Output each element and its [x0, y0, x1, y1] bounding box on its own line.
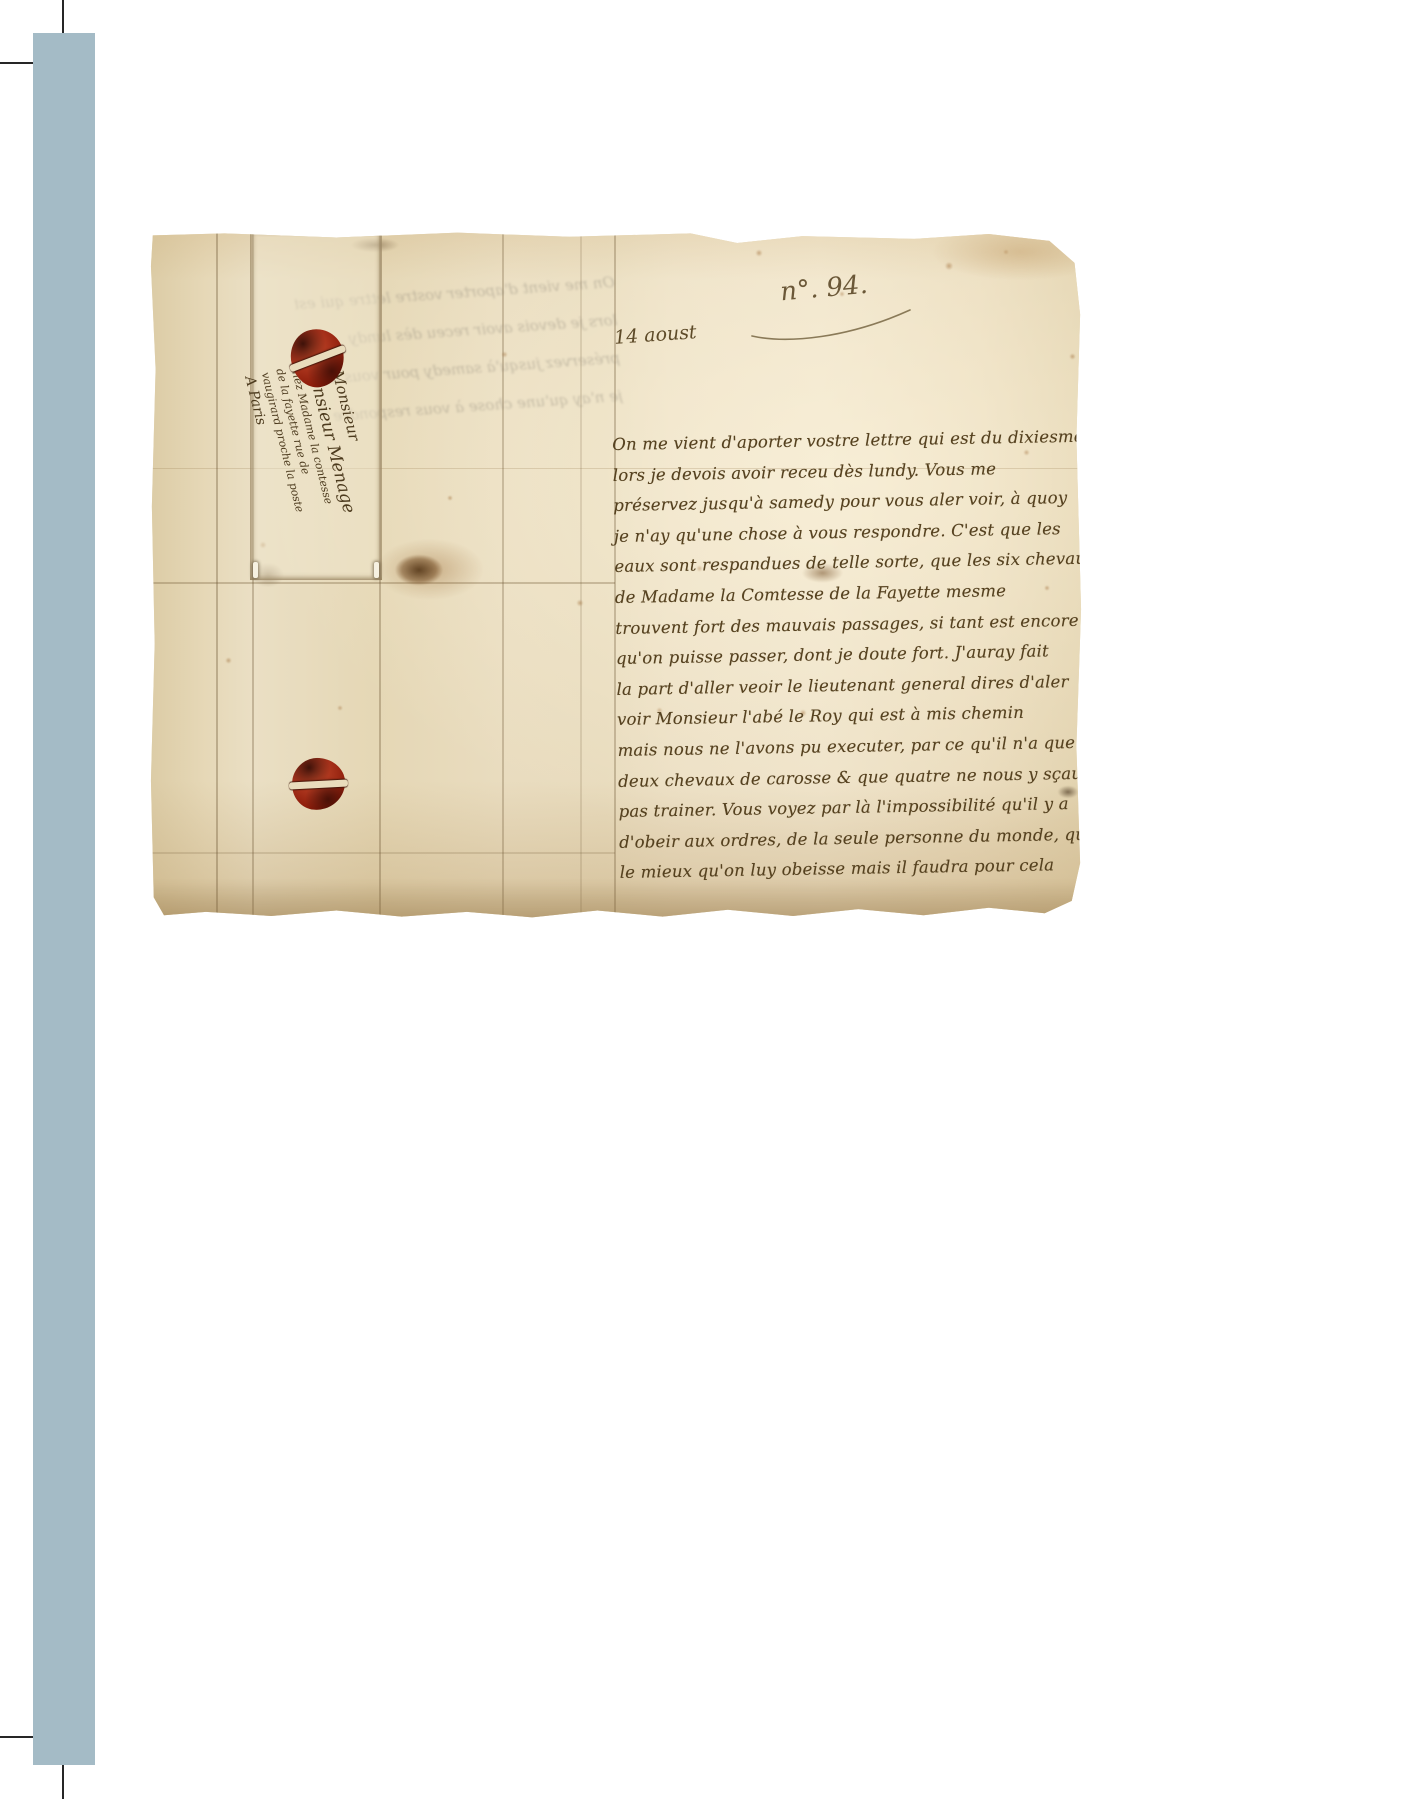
archival-number: n°. 94. [779, 263, 951, 308]
letter-text: On me vient d'aporter vostre lettre qui … [612, 422, 1092, 889]
accent-margin-bar [33, 33, 95, 1765]
crop-mark-top-vertical [62, 0, 64, 33]
mount-staple-left [253, 562, 258, 578]
crop-mark-bottom-vertical [62, 1765, 64, 1799]
address-panel: A MonsieurMonsieur Menagechez Madame la … [250, 232, 382, 580]
wax-seal-crack [289, 779, 349, 789]
number-underline-flourish [748, 306, 918, 344]
catalog-page: On me vient d'aporter vostre lettre qui … [0, 0, 1428, 1799]
wax-seal-crack [289, 344, 347, 372]
mount-staple-right [374, 562, 379, 578]
crop-mark-top-horizontal [0, 62, 33, 64]
date-inscription: 14 aoust [613, 321, 697, 349]
wax-seal-bottom [290, 756, 346, 812]
crop-mark-bottom-horizontal [0, 1736, 33, 1738]
manuscript-letter-scan: On me vient d'aporter vostre lettre qui … [150, 232, 1082, 918]
